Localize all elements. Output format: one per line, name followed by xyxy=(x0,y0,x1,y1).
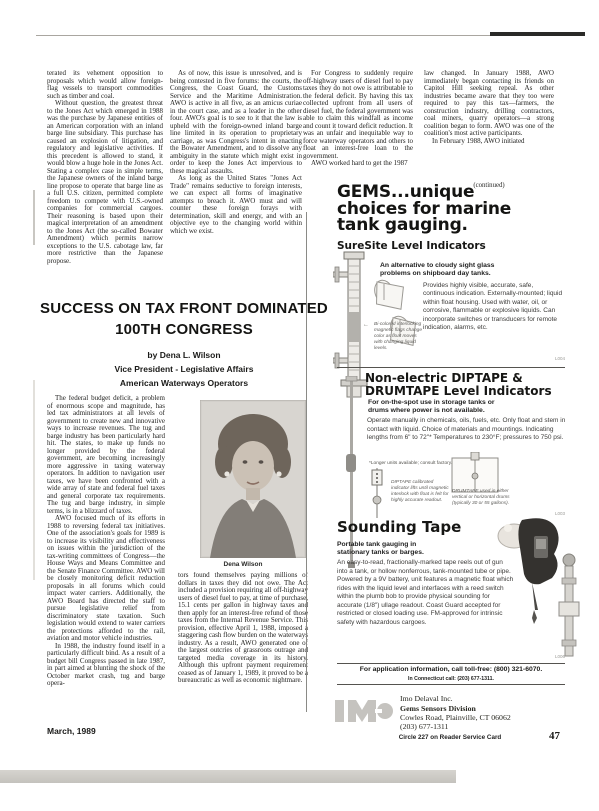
photo-caption: Dena Wilson xyxy=(178,561,308,568)
company-division: Gems Sensors Division xyxy=(400,704,476,713)
connecticut-line: In Connecticut call: (203) 677-1311. xyxy=(337,676,565,682)
sounding-pipe-illustration xyxy=(549,552,591,660)
page-number: 47 xyxy=(549,730,560,742)
sounding-subhead: Portable tank gauging in stationary tank… xyxy=(337,541,512,557)
article-top-column-4: law changed. In January 1988, AWO immedi… xyxy=(424,70,554,180)
article-lower-column-1: The federal budget deficit, a problem of… xyxy=(47,395,165,725)
suresite-caption: Bi-colored interlocking magnetic flags c… xyxy=(374,322,422,352)
diptape-footnote: *Longer units available; consult factory… xyxy=(369,461,452,466)
article-lower-column-2: tors found themselves paying millions of… xyxy=(178,572,308,722)
scan-mark xyxy=(33,190,35,245)
byline-author: by Dena L. Wilson xyxy=(38,350,330,360)
scan-mark xyxy=(33,380,35,580)
company-address: Cowles Road, Plainville, CT 06062 xyxy=(400,713,511,722)
drumtape-diagram xyxy=(450,452,500,494)
issue-date: March, 1989 xyxy=(47,726,96,736)
ad-headline: GEMS...unique choices for marine tank ga… xyxy=(337,184,572,234)
diptape-rod-illustration xyxy=(343,376,359,568)
suresite-body: Provides highly visible, accurate, safe,… xyxy=(423,282,566,332)
company-name: Imo Delaval Inc. xyxy=(400,694,453,703)
article-headline: SUCCESS ON TAX FRONT DOMINATED 100TH CON… xyxy=(38,299,330,340)
suresite-subhead: An alternative to cloudy sight glass pro… xyxy=(380,262,565,278)
imo-logo xyxy=(335,698,393,724)
ad-divider-2 xyxy=(337,663,565,664)
byline-organization: American Waterways Operators xyxy=(38,378,330,388)
top-rule-dark-segment xyxy=(490,32,585,36)
tollfree-line: For application information, call toll-f… xyxy=(337,666,565,673)
diptape-title: Non-electric DIPTAPE & DRUMTAPE Level In… xyxy=(365,372,580,397)
ad-left-border xyxy=(306,212,307,712)
arrow-left-icon: ← xyxy=(363,322,369,328)
magazine-page: { "page": { "date": "March, 1989", "numb… xyxy=(0,0,599,811)
reader-service-note: Circle 227 on Reader Service Card xyxy=(360,734,540,741)
suresite-code: L004 xyxy=(520,356,565,361)
scan-bottom-strip xyxy=(0,770,456,783)
ad-divider-3 xyxy=(337,684,565,685)
ad-divider-1 xyxy=(337,367,565,368)
diptape-caption: DIPTAPE calibrated indicator lifts until… xyxy=(391,480,449,504)
sounding-title: Sounding Tape xyxy=(337,518,461,536)
article-top-column-2: As of now, this issue is unresolved, and… xyxy=(170,70,302,302)
diptape-subhead: For on-the-spot use in storage tanks or … xyxy=(368,399,568,415)
company-phone: (203) 677-1311 xyxy=(400,722,448,731)
article-top-column-1: terated its vehement opposition to propo… xyxy=(47,70,163,302)
sounding-code: L006 xyxy=(520,654,565,659)
diptape-body: Operate manually in chemicals, oils, fue… xyxy=(367,417,567,443)
drumtape-caption: DRUMTAPE used in either vertical or hori… xyxy=(452,489,514,507)
diptape-diagram xyxy=(366,468,388,518)
sounding-body: An easy-to-read, fractionally-marked tap… xyxy=(337,559,515,627)
top-rule xyxy=(36,35,490,36)
byline-title: Vice President - Legislative Affairs xyxy=(38,364,330,374)
portrait-photo xyxy=(200,400,306,558)
